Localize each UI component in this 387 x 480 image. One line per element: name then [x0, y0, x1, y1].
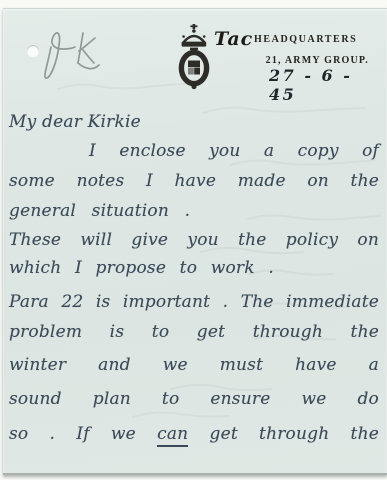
body-line-last: so . If we can get through the: [9, 422, 379, 446]
body-line: general situation .: [9, 199, 379, 223]
body-line: some notes I have made on the: [9, 169, 379, 193]
body-line: I enclose you a copy of: [9, 139, 379, 163]
body-line-last-pre: so . If we: [9, 424, 157, 444]
body-line: which I propose to work .: [9, 256, 379, 280]
pencil-mark: [33, 19, 113, 87]
salutation-line: My dear Kirkie: [9, 110, 379, 134]
letterhead-headquarters: HEADQUARTERS: [254, 34, 357, 45]
royal-crest-icon: [175, 24, 213, 90]
body-line: Para 22 is important . The immediate: [9, 290, 379, 314]
letterhead-army-group: 21, ARMY GROUP.: [243, 55, 369, 66]
letter-paper: Tac HEADQUARTERS 21, ARMY GROUP. 27 - 6 …: [3, 8, 387, 475]
underlined-word: can: [157, 424, 188, 447]
body-line: problem is to get through the: [9, 320, 379, 344]
body-line: winter and we must have a: [9, 353, 379, 377]
letter-date: 27 - 6 - 45: [269, 66, 387, 104]
letterhead-tac: Tac: [214, 28, 253, 50]
body-line: These will give you the policy on: [9, 228, 379, 252]
letter-photo-canvas: { "letterhead": { "unit_script": "Tac", …: [0, 0, 387, 480]
body-line-last-post: get through the: [188, 424, 379, 444]
body-line: sound plan to ensure we do: [9, 387, 379, 411]
